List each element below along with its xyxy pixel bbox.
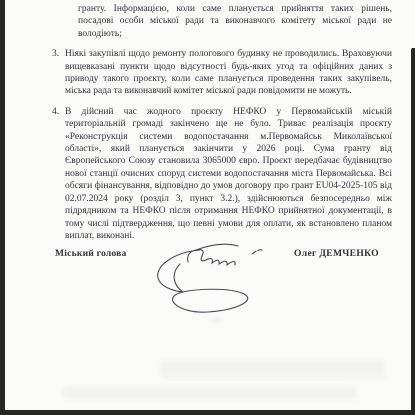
list-item-4: 4. В дійсний час жодного проєкту НЕФКО у… xyxy=(52,106,392,242)
paragraph-continuation: гранту. Інформацією, коли саме плануєтьс… xyxy=(78,3,392,40)
ink-smudge-artifact xyxy=(210,318,224,322)
bleed-through-artifact xyxy=(160,360,385,378)
signature-title: Міський голова xyxy=(55,248,127,260)
list-number: 3. xyxy=(52,48,65,98)
list-item-text: В дійсний час жодного проєкту НЕФКО у Пе… xyxy=(65,106,392,242)
scanned-letter-page: гранту. Інформацією, коли саме плануєтьс… xyxy=(0,0,415,415)
letter-body: гранту. Інформацією, коли саме плануєтьс… xyxy=(0,0,415,415)
handwritten-signature xyxy=(140,236,280,326)
list-item-3: 3. Ніякі закупівлі щодо ремонту пологово… xyxy=(52,48,392,98)
signature-name: Олег ДЕМЧЕНКО xyxy=(294,248,379,260)
list-item-text: Ніякі закупівлі щодо ремонту пологового … xyxy=(65,48,392,98)
list-number: 4. xyxy=(52,106,65,242)
bleed-through-artifact xyxy=(62,386,357,399)
